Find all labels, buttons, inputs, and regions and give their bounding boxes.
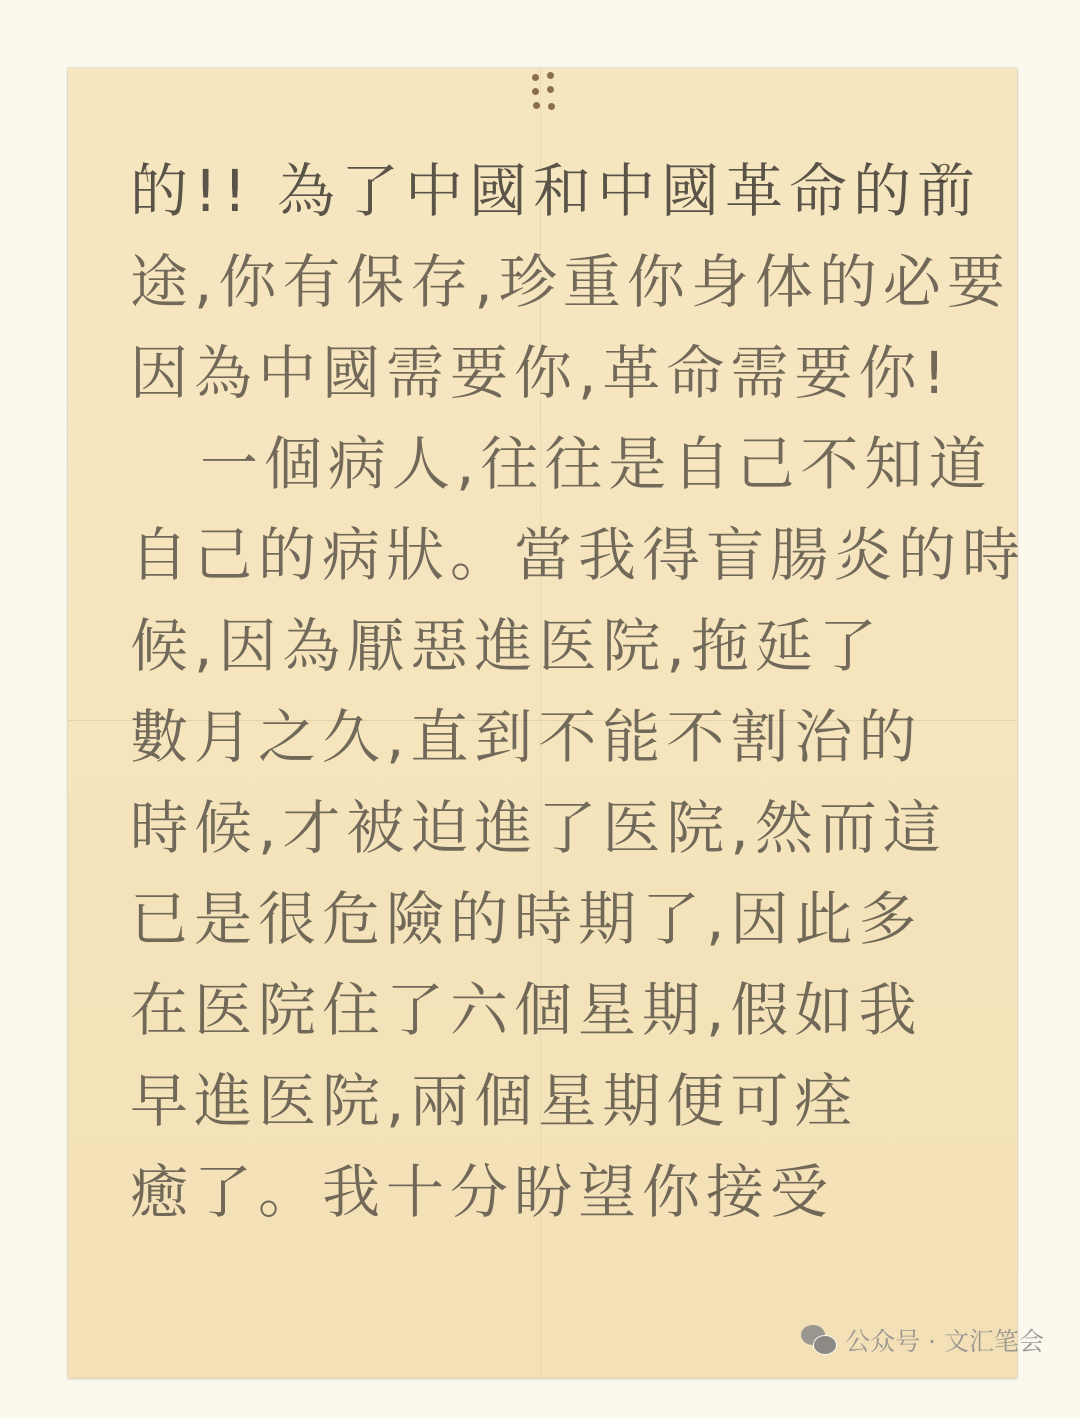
wechat-icon [801,1325,837,1355]
text-line: 癒了。我十分盼望你接受 [130,1147,987,1238]
text-line: 因為中國需要你,革命需要你! [130,328,987,419]
letter-page: 2. 的!! 為了中國和中國革命的前 途,你有保存,珍重你身体的必要 因為中國需… [68,68,1017,1378]
text-line: 一個病人,往往是自己不知道 [130,419,987,510]
text-line: 途,你有保存,珍重你身体的必要 [130,237,987,328]
text-line: 候,因為厭惡進医院,拖延了 [130,601,987,692]
handwritten-text: 的!! 為了中國和中國革命的前 途,你有保存,珍重你身体的必要 因為中國需要你,… [130,146,987,1238]
watermark-text: 公众号 · 文汇笔会 [845,1322,1044,1358]
text-line: 數月之久,直到不能不割治的 [130,692,987,783]
binding-holes [530,70,560,116]
text-line: 早進医院,兩個星期便可痊 [130,1056,987,1147]
text-line: 已是很危險的時期了,因此多 [130,874,987,965]
text-line: 的!! 為了中國和中國革命的前 [130,146,987,237]
text-line: 自己的病狀。當我得盲腸炎的時 [130,510,987,601]
source-watermark: 公众号 · 文汇笔会 [801,1322,1044,1358]
text-line: 在医院住了六個星期,假如我 [130,965,987,1056]
text-line: 時候,才被迫進了医院,然而這 [130,783,987,874]
